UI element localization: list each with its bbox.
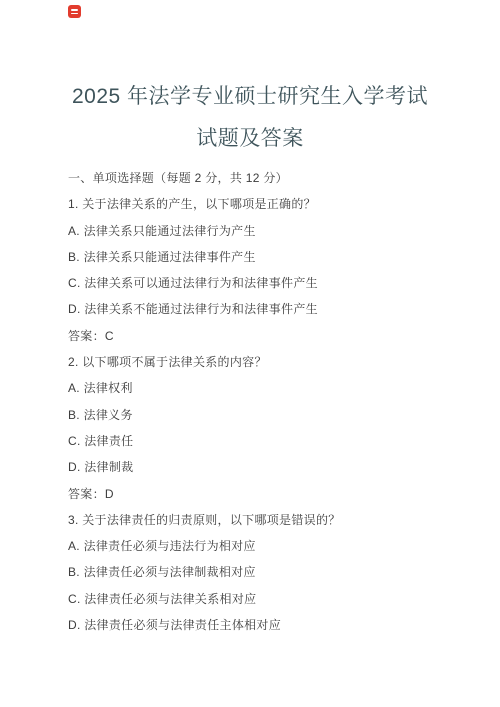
question-2-option-d: D. 法律制裁: [68, 454, 455, 480]
question-3-option-b: B. 法律责任必须与法律制裁相对应: [68, 559, 455, 585]
question-1-option-a: A. 法律关系只能通过法律行为产生: [68, 218, 455, 244]
question-3-option-d: D. 法律责任必须与法律责任主体相对应: [68, 612, 455, 638]
question-1-text: 1. 关于法律关系的产生，以下哪项是正确的？: [68, 191, 455, 217]
question-1-answer: 答案：C: [68, 323, 455, 349]
question-2-answer: 答案：D: [68, 481, 455, 507]
icon-line-decoration: [71, 13, 78, 15]
red-document-icon: [68, 5, 81, 18]
question-2-option-a: A. 法律权利: [68, 375, 455, 401]
question-3-option-a: A. 法律责任必须与违法行为相对应: [68, 533, 455, 559]
page-title: 2025 年法学专业硕士研究生入学考试 试题及答案: [0, 76, 500, 160]
exam-content: 一、单项选择题（每题 2 分，共 12 分） 1. 关于法律关系的产生，以下哪项…: [68, 165, 455, 638]
question-3-text: 3. 关于法律责任的归责原则，以下哪项是错误的？: [68, 507, 455, 533]
title-line-1: 2025 年法学专业硕士研究生入学考试: [0, 76, 500, 118]
question-2-option-c: C. 法律责任: [68, 428, 455, 454]
question-1-option-d: D. 法律关系不能通过法律行为和法律事件产生: [68, 296, 455, 322]
question-2-text: 2. 以下哪项不属于法律关系的内容？: [68, 349, 455, 375]
question-2-option-b: B. 法律义务: [68, 402, 455, 428]
icon-line-decoration: [71, 9, 78, 11]
section-heading: 一、单项选择题（每题 2 分，共 12 分）: [68, 165, 455, 191]
question-3-option-c: C. 法律责任必须与法律关系相对应: [68, 586, 455, 612]
question-1-option-c: C. 法律关系可以通过法律行为和法律事件产生: [68, 270, 455, 296]
exam-document-page: 2025 年法学专业硕士研究生入学考试 试题及答案 一、单项选择题（每题 2 分…: [0, 0, 500, 707]
title-line-2: 试题及答案: [0, 118, 500, 160]
question-1-option-b: B. 法律关系只能通过法律事件产生: [68, 244, 455, 270]
